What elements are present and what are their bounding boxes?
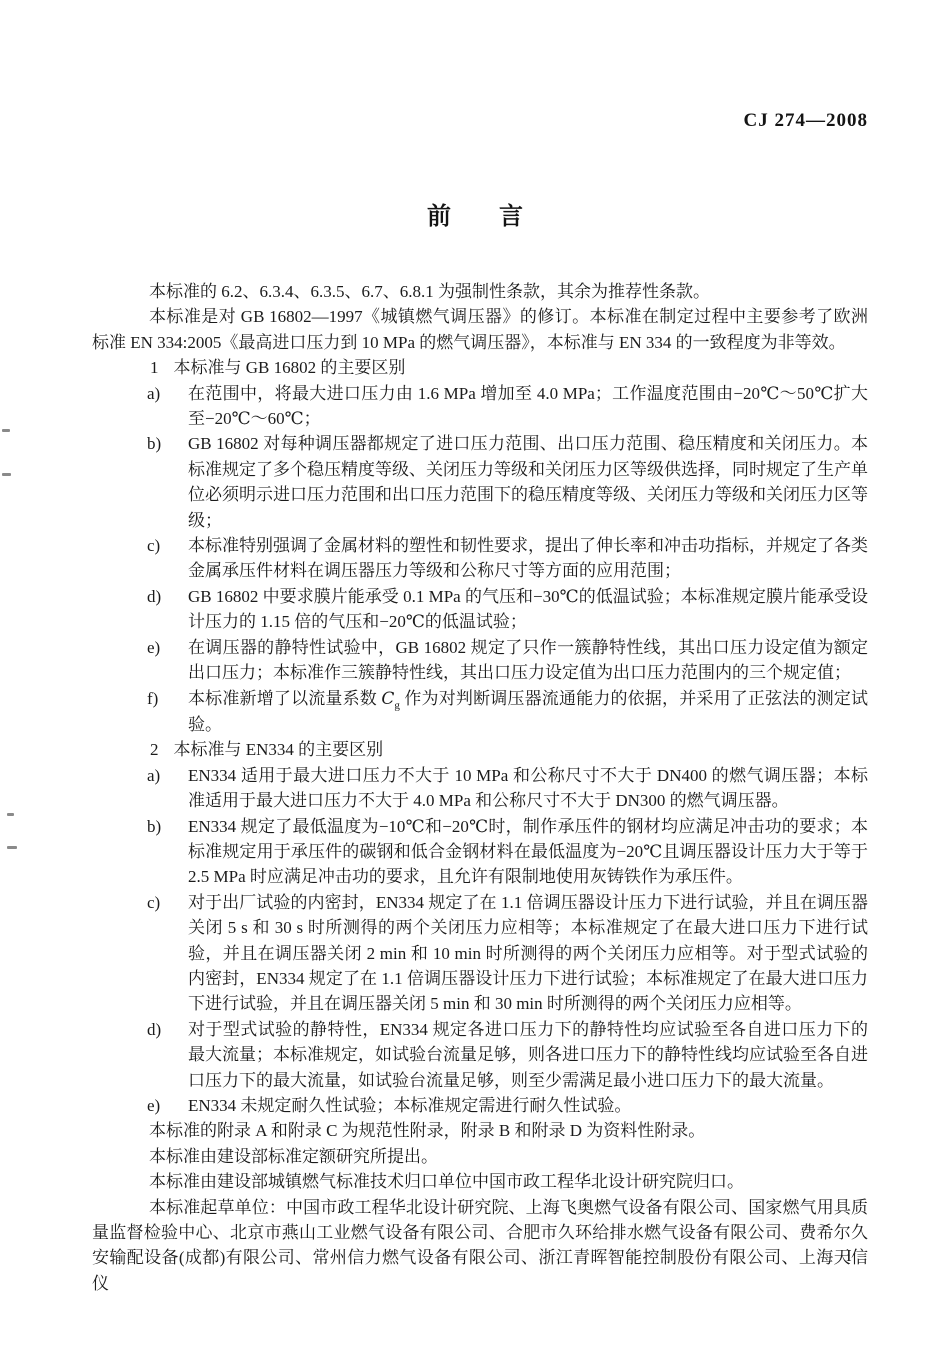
section-2-item-c: c) 对于出厂试验的内密封，EN334 规定了在 1.1 倍调压器设计压力下进行… xyxy=(92,890,868,1017)
item-marker: b) xyxy=(147,814,187,839)
item-marker: d) xyxy=(147,1017,187,1042)
item-marker: f) xyxy=(147,686,187,711)
section-2-item-e: e) EN334 未规定耐久性试验；本标准规定需进行耐久性试验。 xyxy=(92,1093,868,1118)
section-1-title: 本标准与 GB 16802 的主要区别 xyxy=(174,358,406,377)
item-text: GB 16802 对每种调压器都规定了进口压力范围、出口压力范围、稳压精度和关闭… xyxy=(188,434,868,529)
document-page: CJ 274—2008 前 言 本标准的 6.2、6.3.4、6.3.5、6.7… xyxy=(0,0,950,1347)
closing-paragraph-proposer: 本标准由建设部标准定额研究所提出。 xyxy=(92,1144,868,1169)
item-marker: a) xyxy=(147,763,187,788)
section-1-item-d: d) GB 16802 中要求膜片能承受 0.1 MPa 的气压和−30℃的低温… xyxy=(92,584,868,635)
item-text: 在范围中，将最大进口压力由 1.6 MPa 增加至 4.0 MPa；工作温度范围… xyxy=(188,384,868,428)
scan-speck xyxy=(7,846,17,849)
closing-paragraph-centralized: 本标准由建设部城镇燃气标准技术归口单位中国市政工程华北设计研究院归口。 xyxy=(92,1169,868,1194)
item-marker: c) xyxy=(147,890,187,915)
standard-number: CJ 274—2008 xyxy=(744,110,868,132)
document-body: 本标准的 6.2、6.3.4、6.3.5、6.7、6.8.1 为强制性条款，其余… xyxy=(92,279,868,1296)
item-marker: e) xyxy=(147,635,187,660)
section-2-heading: 2本标准与 EN334 的主要区别 xyxy=(92,737,868,762)
section-1-number: 1 xyxy=(150,355,159,380)
item-marker: a) xyxy=(147,381,187,406)
scan-speck xyxy=(7,813,14,816)
item-marker: e) xyxy=(147,1093,187,1118)
item-text: EN334 规定了最低温度为−10℃和−20℃时，制作承压件的钢材均应满足冲击功… xyxy=(188,817,868,887)
item-text: EN334 适用于最大进口压力不大于 10 MPa 和公称尺寸不大于 DN400… xyxy=(188,766,868,810)
item-text: 本标准特别强调了金属材料的塑性和韧性要求，提出了伸长率和冲击功指标，并规定了各类… xyxy=(188,536,868,580)
scan-speck xyxy=(2,429,10,432)
item-marker: b) xyxy=(147,431,187,456)
section-2-item-d: d) 对于型式试验的静特性，EN334 规定各进口压力下的静特性均应试验至各自进… xyxy=(92,1017,868,1093)
page-number: I xyxy=(846,1246,852,1266)
item-marker: d) xyxy=(147,584,187,609)
intro-paragraph-1: 本标准的 6.2、6.3.4、6.3.5、6.7、6.8.1 为强制性条款，其余… xyxy=(92,279,868,304)
section-2-item-a: a) EN334 适用于最大进口压力不大于 10 MPa 和公称尺寸不大于 DN… xyxy=(92,763,868,814)
section-1-item-a: a) 在范围中，将最大进口压力由 1.6 MPa 增加至 4.0 MPa；工作温… xyxy=(92,381,868,432)
item-text: 对于出厂试验的内密封，EN334 规定了在 1.1 倍调压器设计压力下进行试验，… xyxy=(188,893,868,1014)
intro-paragraph-2: 本标准是对 GB 16802—1997《城镇燃气调压器》的修订。本标准在制定过程… xyxy=(92,304,868,355)
item-text: GB 16802 中要求膜片能承受 0.1 MPa 的气压和−30℃的低温试验；… xyxy=(188,587,868,631)
section-1-item-b: b) GB 16802 对每种调压器都规定了进口压力范围、出口压力范围、稳压精度… xyxy=(92,431,868,533)
item-text: 对于型式试验的静特性，EN334 规定各进口压力下的静特性均应试验至各自进口压力… xyxy=(188,1020,868,1090)
item-text: 本标准新增了以流量系数 xyxy=(188,689,381,708)
section-1-item-c: c) 本标准特别强调了金属材料的塑性和韧性要求，提出了伸长率和冲击功指标，并规定… xyxy=(92,533,868,584)
item-text: 在调压器的静特性试验中，GB 16802 规定了只作一簇静特性线，其出口压力设定… xyxy=(188,638,868,682)
item-text: EN334 未规定耐久性试验；本标准规定需进行耐久性试验。 xyxy=(188,1096,631,1115)
closing-paragraph-drafting-units: 本标准起草单位：中国市政工程华北设计研究院、上海飞奥燃气设备有限公司、国家燃气用… xyxy=(92,1195,868,1297)
page-title: 前 言 xyxy=(0,196,950,231)
section-2-number: 2 xyxy=(150,737,159,762)
section-1-item-e: e) 在调压器的静特性试验中，GB 16802 规定了只作一簇静特性线，其出口压… xyxy=(92,635,868,686)
item-marker: c) xyxy=(147,533,187,558)
section-2-title: 本标准与 EN334 的主要区别 xyxy=(174,740,384,759)
closing-paragraph-appendix: 本标准的附录 A 和附录 C 为规范性附录，附录 B 和附录 D 为资料性附录。 xyxy=(92,1118,868,1143)
section-1-item-f: f) 本标准新增了以流量系数 Cg 作为对判断调压器流通能力的依据，并采用了正弦… xyxy=(92,686,868,738)
section-2-item-b: b) EN334 规定了最低温度为−10℃和−20℃时，制作承压件的钢材均应满足… xyxy=(92,814,868,890)
scan-speck xyxy=(2,473,11,476)
flow-coefficient-symbol: C xyxy=(381,689,394,709)
section-1-heading: 1本标准与 GB 16802 的主要区别 xyxy=(92,355,868,380)
